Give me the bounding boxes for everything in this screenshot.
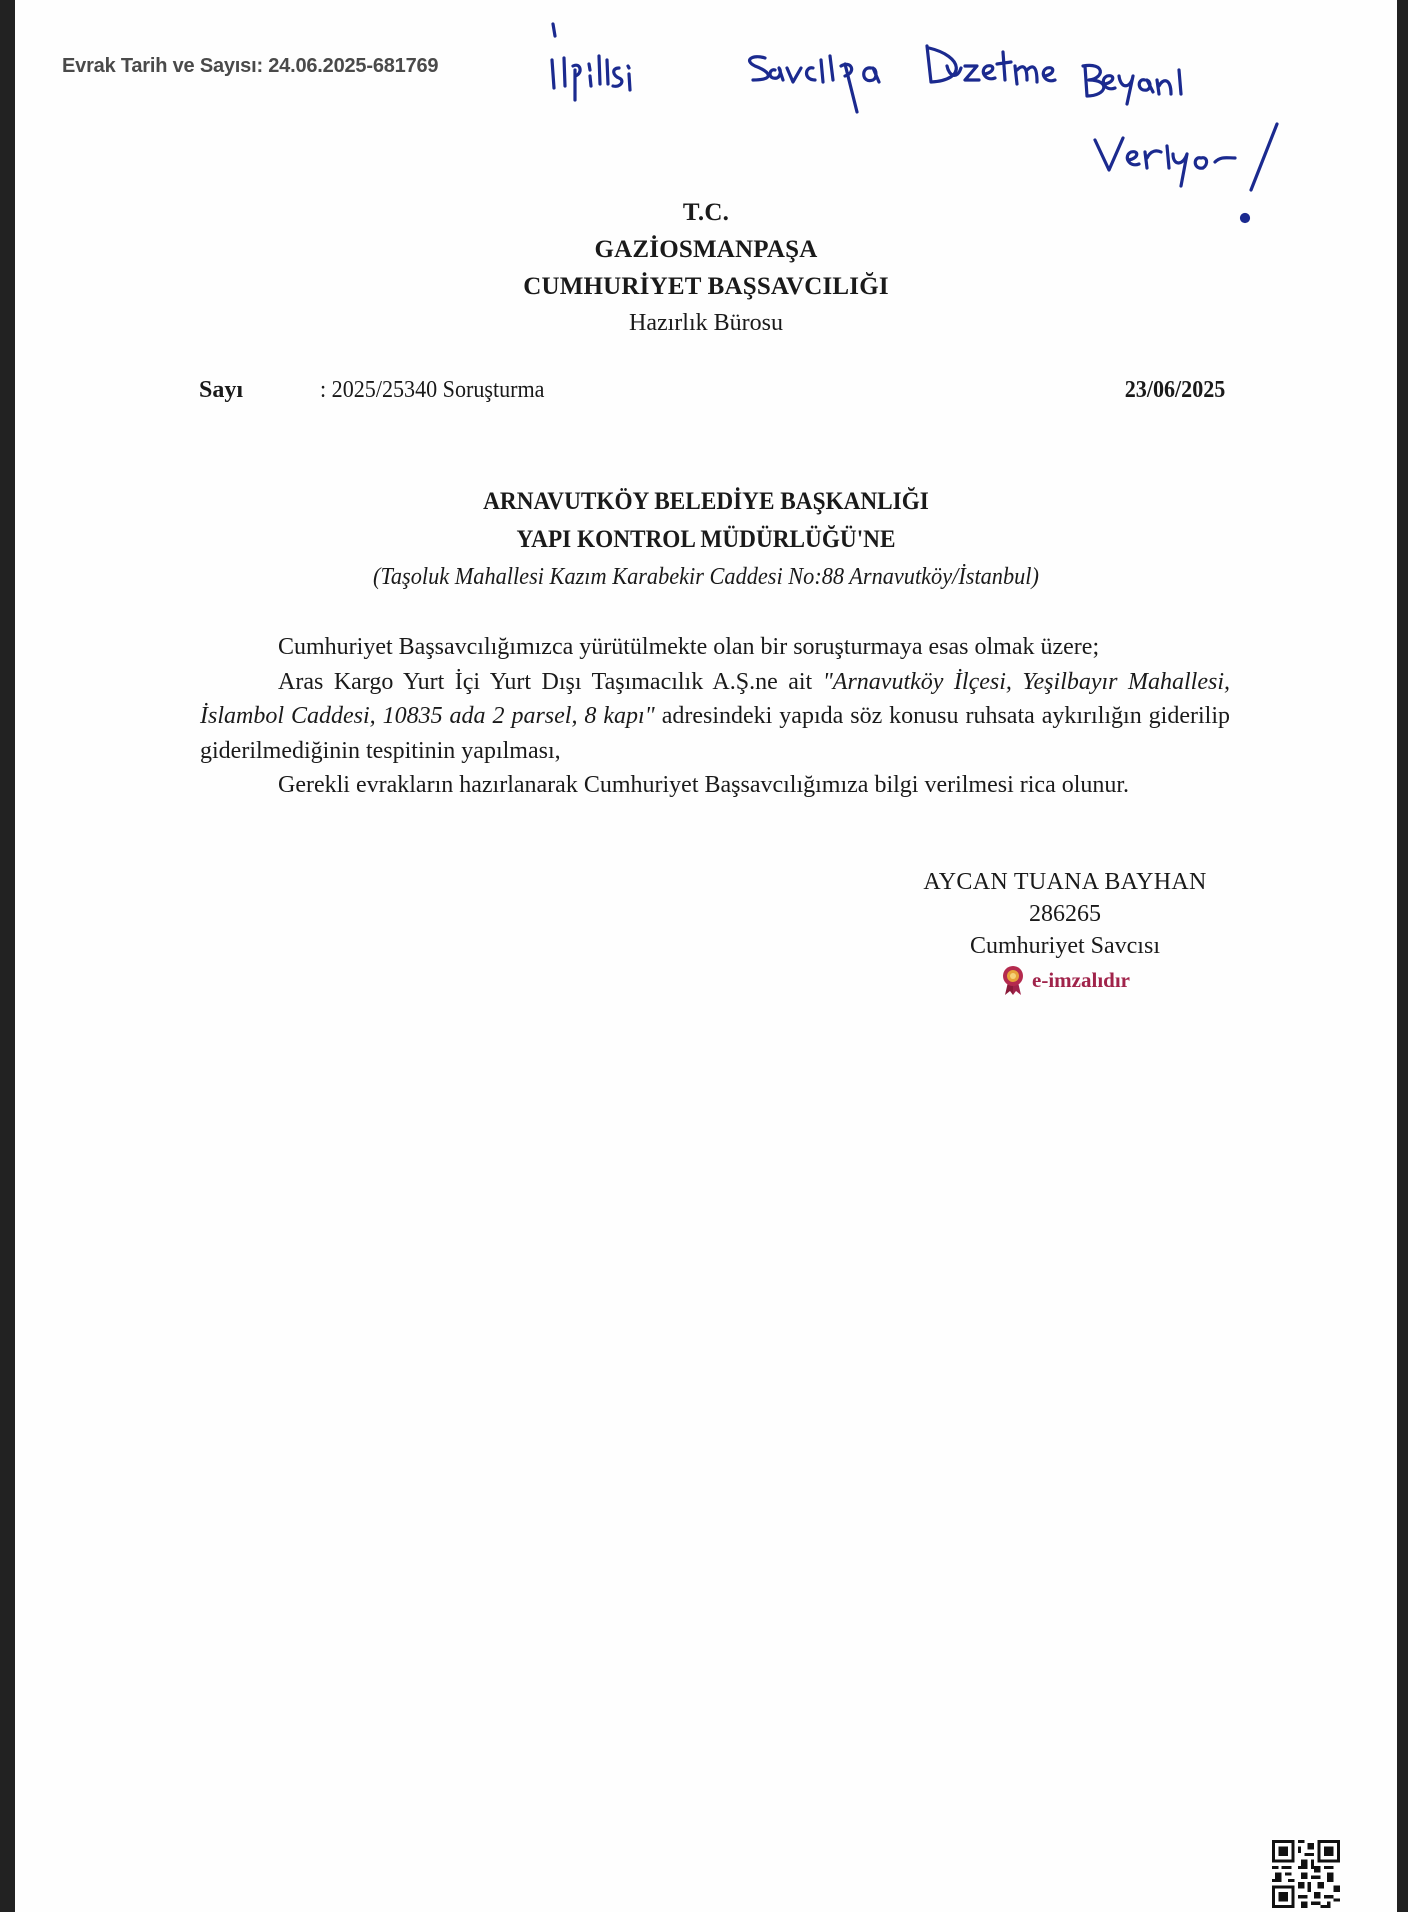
e-signature-label: e-imzalıdır [1032,964,1130,996]
prosecutor-title: Cumhuriyet Savcısı [875,930,1255,962]
addressee-line1: ARNAVUTKÖY BELEDİYE BAŞKANLIĞI [63,483,1348,521]
e-signature-badge: e-imzalıdır [1000,964,1130,996]
addressee-block: ARNAVUTKÖY BELEDİYE BAŞKANLIĞI YAPI KONT… [15,483,1397,595]
letter-body: Cumhuriyet Başsavcılığımızca yürütülmekt… [200,630,1230,803]
reference-label: Sayı [199,377,243,404]
prosecutor-name: AYCAN TUANA BAYHAN [875,866,1255,898]
body-paragraph-2-intro: Aras Kargo Yurt İçi Yurt Dışı Taşımacılı… [278,669,823,695]
qr-code-icon [1272,1840,1340,1908]
body-paragraph-2: Aras Kargo Yurt İçi Yurt Dışı Taşımacılı… [200,665,1230,769]
prosecutor-sicil: 286265 [875,898,1255,930]
header-district: GAZİOSMANPAŞA [15,231,1397,268]
document-page: Evrak Tarih ve Sayısı: 24.06.2025-681769… [15,0,1397,1912]
header-tc: T.C. [15,194,1397,231]
header-bureau: Hazırlık Bürosu [15,305,1397,342]
institution-header: T.C. GAZİOSMANPAŞA CUMHURİYET BAŞSAVCILI… [15,194,1397,342]
addressee-line2: YAPI KONTROL MÜDÜRLÜĞÜ'NE [63,521,1348,559]
addressee-address: (Taşoluk Mahallesi Kazım Karabekir Cadde… [63,559,1348,595]
body-paragraph-1: Cumhuriyet Başsavcılığımızca yürütülmekt… [200,630,1230,665]
header-office: CUMHURİYET BAŞSAVCILIĞI [15,268,1397,305]
document-date: 23/06/2025 [1124,377,1225,404]
signature-block: AYCAN TUANA BAYHAN 286265 Cumhuriyet Sav… [875,866,1255,1005]
rosette-seal-icon [1000,964,1026,996]
body-paragraph-3: Gerekli evrakların hazırlanarak Cumhuriy… [200,768,1230,803]
reference-number: : 2025/25340 Soruşturma [320,377,544,404]
